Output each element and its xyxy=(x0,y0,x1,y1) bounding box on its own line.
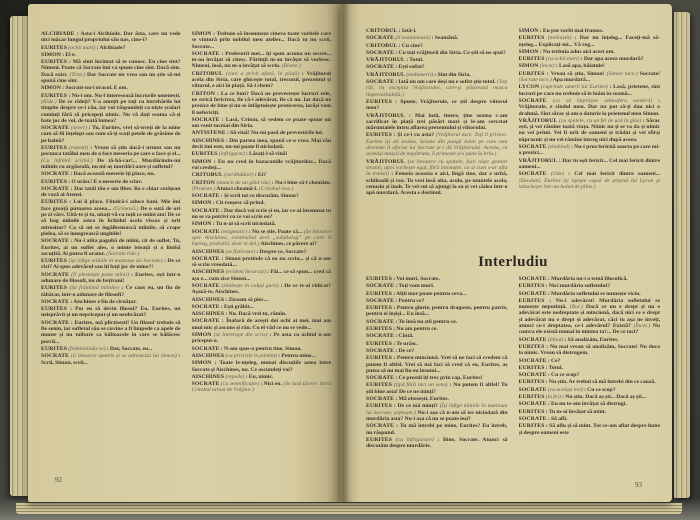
dialogue-line: SOCRATE : Mă obosești, Eurites. xyxy=(366,396,508,402)
speaker-name: VRĂJITORUL xyxy=(366,57,405,63)
dialogue-line: VRĂJITORUL (cu spatele, cu un fel de ură… xyxy=(519,118,661,143)
stage-direction: (se fîstîcește) xyxy=(225,249,255,255)
speaker-name: SOCRATE xyxy=(519,372,547,378)
dialogue-line: EURITES : De ce mă minți? (Își înfige mî… xyxy=(366,403,508,422)
dialogue-line: AISCHINES : Nu. Dacă vrei tu, rămîn. xyxy=(192,311,332,317)
stage-direction: (rîde) xyxy=(551,171,564,177)
stage-direction: (enigmatic) xyxy=(221,229,247,235)
speaker-name: SOCRATE xyxy=(519,401,547,407)
speaker-name: SOCRATE xyxy=(519,276,547,282)
speaker-name: SIMON xyxy=(192,31,212,37)
speaker-name: EURITES xyxy=(41,179,67,185)
dialogue-line: SIMON : Eu nu cred în bazaconiile vrăjit… xyxy=(192,159,332,172)
stage-direction: (cu privirile în pămînt) xyxy=(225,353,277,359)
speaker-name: EURITES xyxy=(519,283,545,289)
speech-text: : Vreau să știu, Simon! xyxy=(545,71,607,77)
speaker-name: SOCRATE xyxy=(366,333,394,339)
stage-direction: (frămîntîndu-se) xyxy=(68,346,105,352)
stage-direction: (Grimasă.) xyxy=(113,206,138,212)
speaker-name: EURITES xyxy=(366,305,392,311)
speech-text: : Pentru ce? xyxy=(394,298,424,304)
speech-text: : Ce? xyxy=(547,358,561,364)
dialogue-line: EURITES : Nu mai vreau să analizăm, Socr… xyxy=(519,344,661,357)
speech-text: : Dar apa aceea murdară? xyxy=(579,56,643,62)
dialogue-line: SOCRATE (rîde) : Cel mai fericit dintre … xyxy=(519,171,661,190)
dialogue-line: SOCRATE : Dar tatăl tău e om liber. Ba e… xyxy=(41,186,181,199)
speech-text: : Nu-i bine să-l chemăm. xyxy=(270,180,331,186)
speech-text: : Cu ce scop? xyxy=(583,387,616,393)
speech-text: : Sînt din Siria. xyxy=(433,72,471,78)
speaker-name: SOCRATE xyxy=(519,358,547,364)
speaker-name: SOCRATE xyxy=(192,229,220,235)
dialogue-line: EURITES : Nu-i adevărat! Murdăria suflet… xyxy=(519,298,661,336)
dialogue-line: ALCIBIADE : Asta-i Alcibiade. Dar ăsta, … xyxy=(41,31,181,44)
speaker-name: EURITES xyxy=(41,93,67,99)
speaker-name: EURITES xyxy=(41,258,67,264)
speaker-name: EURITES xyxy=(366,341,392,347)
speech-text: Socrate! xyxy=(638,71,660,77)
speech-text: : Nu se știe. Poate că... xyxy=(247,229,303,235)
speech-text: : Nu știu. Ar trebui să mă întrebi din c… xyxy=(545,379,656,385)
speech-text: : Socrate nu-i oracol. E om. xyxy=(61,85,128,91)
speech-text: : Nu trebuia adus aici acest om. xyxy=(539,49,615,55)
speech-text: : Lăsați-l să vină! xyxy=(245,151,288,157)
dialogue-line: EURITES (la fel) : Nu știu. Dacă aș ști.… xyxy=(519,394,661,400)
speaker-name: AISCHINES xyxy=(192,353,225,359)
dialogue-line: EURITES : Spune, Vrăjitorule, ce știi de… xyxy=(366,99,508,112)
speaker-name: EURITES xyxy=(519,409,545,415)
speech-text: : Murdăria nu-i o temă filosofică. xyxy=(547,276,628,282)
speech-text: Apa murdară... xyxy=(552,77,590,83)
dialogue-line: SOCRATE (îl plesnește peste mîini) : Eur… xyxy=(41,272,181,285)
speech-text: : Te urăsc. xyxy=(392,341,418,347)
speaker-name: SOCRATE xyxy=(519,144,547,150)
speaker-name: SIMON xyxy=(192,221,212,227)
speech-text: : Și scrii tot ce discutăm, Simon? xyxy=(220,193,299,199)
dialogue-line: CRITOBUL (care a privit afară, în piață)… xyxy=(192,71,332,90)
speech-text: : Și ce-i cu asta? xyxy=(392,132,436,138)
stage-direction: (își înfige mîinile în mantaua lui Socra… xyxy=(68,258,162,264)
speaker-name: SOCRATE xyxy=(519,416,547,422)
speech-text: : De ce mă minți? xyxy=(392,403,440,409)
speaker-name: EURITES xyxy=(366,276,392,282)
dialogue-line: SOCRATE : Toți vom muri. xyxy=(366,283,508,289)
dialogue-line: SOCRATE : De ce? xyxy=(366,348,508,354)
speaker-name: SOCRATE xyxy=(192,283,220,289)
stage-direction: (încet) xyxy=(540,63,555,69)
speaker-name: EURITES xyxy=(366,437,392,443)
speaker-name: EURITES xyxy=(41,59,67,65)
speech-text: : Aischines e fiu de cîrnățar. xyxy=(69,299,137,305)
speaker-name: SIMON xyxy=(41,52,61,58)
section-heading-interludiu: Interludiu xyxy=(366,254,660,270)
dialogue-line: EURITES : Și ce-i cu asta? (Vrăjitorul t… xyxy=(366,132,508,157)
speech-text: : Totul. xyxy=(405,57,423,63)
speech-text: : Murdăria sufletului se numește viciu. xyxy=(547,291,641,297)
stage-direction: (cu înfrigurare) xyxy=(396,437,434,443)
dialogue-line: EURITES : Pentru minciună. Vrei să ne fa… xyxy=(366,355,508,374)
speech-text: : Nu. Dacă vrei tu, rămîn. xyxy=(224,311,286,317)
dialogue-line: EURITES : Să aflu și să mint. Tot ce-am … xyxy=(519,423,661,436)
dialogue-line: SIMON (se întrerupe din scris) : Pe asta… xyxy=(192,332,332,345)
dialogue-line: VRĂJITORUL : Mai întîi, tinere, ține sea… xyxy=(366,113,508,132)
speech-text: : Nu știu. Dacă aș ști... Dacă aș ști... xyxy=(561,394,646,400)
page-stack-edge-left xyxy=(10,16,30,496)
page-stack-edge-bottom xyxy=(16,503,682,514)
right-page-scene-column-1: CRITOBUL : Iată-l.SOCRATE (îl examinează… xyxy=(366,28,508,248)
stage-direction: (repezit) xyxy=(69,145,88,151)
dialogue-line: SOCRATE : Cu ce scop? xyxy=(519,372,661,378)
left-page-column-1: ALCIBIADE : Asta-i Alcibiade. Dar ăsta, … xyxy=(41,31,181,463)
dialogue-line: SOCRATE : Ești sofist? xyxy=(366,64,508,70)
speaker-name: EURITES xyxy=(366,403,392,409)
speaker-name: EURITES xyxy=(519,56,545,62)
stage-direction: (cu spatele, cu un fel de ură în glas) xyxy=(559,118,641,124)
speech-text: : Cel mai fericit dintre oameni... xyxy=(564,171,660,177)
stage-direction: (îl examinează) xyxy=(395,35,430,41)
speech-text: : Cu cine? xyxy=(397,43,422,49)
dialogue-line: AISCHINES : Ziceam să plec... xyxy=(192,297,332,303)
speaker-name: SIMON xyxy=(41,85,61,91)
dialogue-line: EURITES (cu înfrigurare) : Bine, Socrate… xyxy=(366,437,508,450)
speaker-name: EURITES xyxy=(519,298,545,304)
speech-text: : Să analizăm, Eurites. xyxy=(563,337,618,343)
dialogue-line: EURITES (țipă fără nici un sens) : Nu pu… xyxy=(366,382,508,395)
speech-text: : Voi muri, Socrate. xyxy=(392,276,440,282)
dialogue-line: VRĂJITORUL (se întoarce cu spatele, face… xyxy=(366,159,508,197)
dialogue-line: SOCRATE : Tu însă nu știi pentru ce. xyxy=(366,319,508,325)
stage-direction: (neliniștit) xyxy=(548,35,572,41)
stage-direction: (cu același ton) xyxy=(548,387,583,393)
speaker-name: EURITES xyxy=(366,132,392,138)
stage-direction: (evident încurcat) xyxy=(225,269,265,275)
dialogue-line: SOCRATE : Lasă, Criton, să vedem ce poat… xyxy=(192,117,332,130)
dialogue-line: VRĂJITORUL : Totul. xyxy=(366,57,508,63)
dialogue-line: SIMON : Toate le-nțeleg, numai discuțiil… xyxy=(192,360,332,373)
speaker-name: ALCIBIADE xyxy=(41,31,75,37)
dialogue-line: AISCHINES (se fîstîcește) : Despre ce, S… xyxy=(192,249,332,255)
speaker-name: SOCRATE xyxy=(519,171,547,177)
dialogue-line: EURITES : Pentru glorie, pentru dragoste… xyxy=(366,305,508,318)
speech-text: : O urăsc! E o meserie de sclav. xyxy=(67,179,142,185)
speaker-name: SOCRATE xyxy=(366,348,394,354)
speaker-name: SOCRATE xyxy=(41,238,69,244)
speaker-name: AISCHINES xyxy=(192,311,225,317)
speaker-name: SOCRATE xyxy=(519,291,547,297)
speaker-name: SOCRATE xyxy=(519,98,547,104)
speech-text: : Pentru mine... xyxy=(277,353,316,359)
speech-text: De ce rîdeți? V-a amețit pe toți cu într… xyxy=(41,99,181,124)
stage-direction: (Rîsete.) xyxy=(282,63,301,69)
speech-text: : Alții mor poate pentru ceva... xyxy=(392,291,466,297)
stage-direction: (blînd) xyxy=(548,337,563,343)
speaker-name: EURITES xyxy=(41,145,67,151)
dialogue-line: SOCRATE : Eu nu te-am învățat să distrug… xyxy=(519,401,661,407)
speaker-name: SOCRATE xyxy=(192,318,220,324)
dialogue-line: SOCRATE (cu același ton) : Cu ce scop? xyxy=(519,387,661,393)
dialogue-line: CRITON : La ce bun? Dacă ne prevestește … xyxy=(192,91,332,116)
speaker-name: SIMON xyxy=(192,360,212,366)
speaker-name: AISCHINES xyxy=(192,374,225,380)
stage-direction: (Proteste.) xyxy=(192,186,216,192)
speech-text: : Să afli. xyxy=(547,416,568,422)
speaker-name: SOCRATE xyxy=(366,79,394,85)
speaker-name: SIMON xyxy=(519,28,539,34)
speaker-name: EURITES xyxy=(366,382,392,388)
speaker-name: SOCRATE xyxy=(192,51,220,57)
speaker-name: SOCRATE xyxy=(41,353,69,359)
dialogue-line: EURITES (cu ochii mari) : Dar apa aceea … xyxy=(519,56,661,62)
speaker-name: SOCRATE xyxy=(41,171,69,177)
stage-direction: (Socrate rîde.) xyxy=(106,251,139,257)
speaker-name: EURITES xyxy=(519,344,545,350)
speech-text: : Totul. xyxy=(545,365,563,371)
stage-direction: (cu ochii mari) xyxy=(546,56,580,62)
dialogue-line: VRĂJITORUL (nedumerit) : Sînt din Siria. xyxy=(366,72,508,78)
dialogue-line: SOCRATE (cu semnificație) : Nici eu. (Se… xyxy=(192,381,332,394)
speaker-name: SOCRATE xyxy=(41,186,69,192)
speaker-name: SOCRATE xyxy=(366,423,394,429)
stage-direction: (cuprinde umerii lui Eurites) xyxy=(541,84,608,90)
speaker-name: EURITES xyxy=(519,35,545,41)
speech-text: : Cît reușesc să prind. xyxy=(212,200,265,206)
speaker-name: SOCRATE xyxy=(192,304,220,310)
dialogue-line: SOCRATE : Dacă această meserie îți place… xyxy=(41,171,181,177)
stage-direction: (înfrigurat) xyxy=(219,151,245,157)
right-page-interlude-column-1: EURITES : Voi muri, Socrate.SOCRATE : To… xyxy=(366,276,508,462)
speaker-name: EURITES xyxy=(41,45,67,51)
speaker-name: SOCRATE xyxy=(192,117,220,123)
dialogue-line: SOCRATE : Profesorii mei... îți spun acu… xyxy=(192,51,332,70)
speaker-name: CRITON xyxy=(192,180,216,186)
speaker-name: SOCRATE xyxy=(366,35,394,41)
dialogue-line: SIMON (încet) : Lasă apa, băiatule! xyxy=(519,63,661,69)
dialogue-line: SOCRATE (blînd) : Să analizăm, Eurites. xyxy=(519,337,661,343)
speaker-name: EURITES xyxy=(519,365,545,371)
stage-direction: (repede) xyxy=(225,374,244,380)
speaker-name: EURITES xyxy=(519,71,545,77)
speech-text: : Nici murdăria sufletului? xyxy=(545,283,611,289)
speech-text: : Despre ce, Socrate? xyxy=(255,249,306,255)
speaker-name: LYCON xyxy=(519,84,540,90)
speaker-name: SOCRATE xyxy=(366,375,394,381)
speech-text: Atunci cheamă-l. xyxy=(215,186,258,192)
speaker-name: EURITES xyxy=(41,346,67,352)
dialogue-line: SOCRATE : N-am spus-o pentru tine, Simon… xyxy=(192,346,332,352)
stage-direction: (ochii mari) xyxy=(68,45,95,51)
stage-direction: (se întrerupe din scris) xyxy=(214,332,268,338)
stage-direction: (nedumerit) xyxy=(406,72,433,78)
speech-text: : Să vină! Nu-mi pasă de prevestirile lu… xyxy=(226,130,323,136)
dialogue-line: EURITES : O urăsc! E o meserie de sclav. xyxy=(41,179,181,185)
right-page-interlude-column-2: SOCRATE : Murdăria nu-i o temă filosofic… xyxy=(519,276,661,462)
page-number-left: 92 xyxy=(55,476,62,484)
stage-direction: (își frămîntă mîinile) xyxy=(69,285,118,291)
dialogue-line: LYCON (cuprinde umerii lui Eurites) : La… xyxy=(519,84,661,97)
stage-direction: (Deodată, Eurites își lipește capul de p… xyxy=(519,178,661,190)
stage-direction: (sever) xyxy=(71,125,87,131)
speaker-name: AISCHINES xyxy=(192,138,225,144)
dialogue-line: SOCRATE : Eurites, mă plictisești! Un fi… xyxy=(41,320,181,345)
dialogue-line: EURITES : Mă simt încîntat să te cunosc.… xyxy=(41,59,181,84)
speaker-name: VRĂJITORUL xyxy=(366,113,405,119)
stage-direction: (la fel) xyxy=(546,394,561,400)
dialogue-line: EURITES : Te urăsc. xyxy=(366,341,508,347)
dialogue-line: SOCRATE : Ce prostii îți trec prin cap, … xyxy=(366,375,508,381)
dialogue-line: EURITES : Tu m-ai învățat să mint. xyxy=(519,409,661,415)
speaker-name: SOCRATE xyxy=(366,50,394,56)
dialogue-line: SOCRATE : Cîntă. xyxy=(366,333,508,339)
speaker-name: SOCRATE xyxy=(192,346,220,352)
speaker-name: AISCHINES xyxy=(192,249,225,255)
speech-text: : Toți vom muri. xyxy=(394,283,434,289)
open-book: ALCIBIADE : Asta-i Alcibiade. Dar ăsta, … xyxy=(8,2,692,516)
speaker-name: EURITES xyxy=(519,423,545,429)
speaker-name: SOCRATE xyxy=(366,396,394,402)
dialogue-line: EURITES : Pot eu să devin filosof? Eu, E… xyxy=(41,306,181,319)
speaker-name: SOCRATE xyxy=(192,208,220,214)
dialogue-line: SOCRATE (enigmatic) : Nu se știe. Poate … xyxy=(192,229,332,248)
stage-direction: (Socrate tace.) xyxy=(519,77,552,83)
speaker-name: EURITES xyxy=(366,355,392,361)
speech-text: : Eu nu cred în bazaconiile vrăjitorilor… xyxy=(192,159,332,171)
dialogue-line: EURITES : Nu știu. Ar trebui să mă între… xyxy=(519,379,661,385)
stage-direction: (Trist.) xyxy=(69,72,85,78)
dialogue-line: EURITES : Nici murdăria sufletului? xyxy=(519,283,661,289)
speech-text: : Seamănă. xyxy=(430,35,458,41)
dialogue-line: SOCRATE (sever) : Tu, Eurites, vrei să-n… xyxy=(41,125,181,144)
dialogue-line: EURITES : Vreau să știu, Simon! (Simon t… xyxy=(519,71,661,84)
speech-text: : Dar, Socrate, eu... xyxy=(106,346,153,352)
speech-text: : Nici eu. xyxy=(259,381,283,387)
speaker-name: SOCRATE xyxy=(41,299,69,305)
dialogue-line: AISCHINES (evident încurcat) : Păi... ce… xyxy=(192,269,332,282)
speech-text: : Ești sofist? xyxy=(394,64,425,70)
dialogue-line: SOCRATE : Să afli. xyxy=(519,416,661,422)
dialogue-line: EURITES : Voi muri, Socrate. xyxy=(366,276,508,282)
speaker-name: EURITES xyxy=(192,151,218,157)
right-page-scene-column-2: SIMON : Eu pot vorbi mai frumos.EURITES … xyxy=(519,28,661,248)
speaker-name: SIMON xyxy=(192,200,212,206)
dialogue-line: CRITON (muncit de un gînd rău) : Nu-i bi… xyxy=(192,180,332,193)
speaker-name: SOCRATE xyxy=(41,125,69,131)
speech-text: : Alcibiade? xyxy=(95,45,125,51)
speech-text: : Trebuie să însemneze cineva toate vorb… xyxy=(192,31,332,50)
speech-text: : Ziceam să plec... xyxy=(224,297,268,303)
speaker-name: SIMON xyxy=(519,49,539,55)
stage-direction: (Cu infinită scîrbă.) xyxy=(41,158,93,164)
speaker-name: EURITES xyxy=(41,285,67,291)
dialogue-line: EURITES (frămîntîndu-se) : Dar, Socrate,… xyxy=(41,346,181,352)
dialogue-line: SOCRATE : Nu-i atîta pagubă de mîini, cî… xyxy=(41,238,181,257)
speaker-name: EURITES xyxy=(366,291,392,297)
dialogue-line: EURITES (înfrigurat) : Lăsați-l să vină! xyxy=(192,151,332,157)
dialogue-line: EURITES (își înfige mîinile în mantaua l… xyxy=(41,258,181,271)
speaker-name: SOCRATE xyxy=(519,387,547,393)
speaker-name: SOCRATE xyxy=(366,283,394,289)
dialogue-line: SOCRATE : Și scrii tot ce discutăm, Simo… xyxy=(192,193,332,199)
dialogue-line: SOCRATE : Cu toți vrăjitorii din Siria. … xyxy=(366,50,508,56)
speaker-name: EURITES xyxy=(519,394,545,400)
speaker-name: SOCRATE xyxy=(519,337,547,343)
dialogue-line: SIMON : El e. xyxy=(41,52,181,58)
speech-text: : Toate le-nțeleg, numai discuțiile aste… xyxy=(192,360,332,372)
speaker-name: SOCRATE xyxy=(366,319,394,325)
dialogue-line: SOCRATE : Aischines e fiu de cîrnățar. xyxy=(41,299,181,305)
speaker-name: VRĂJITORUL xyxy=(366,72,405,78)
speech-text: : Lasă apa, băiatule! xyxy=(555,63,605,69)
speaker-name: SIMON xyxy=(519,63,539,69)
dialogue-line: SOCRATE : Tu mă întrebi pe mine, Eurites… xyxy=(366,423,508,436)
stage-direction: (țipă fără nici un sens) xyxy=(394,382,448,388)
page-number-right: 93 xyxy=(635,481,642,489)
stage-direction: (Simon tace.) xyxy=(607,71,638,77)
stage-direction: (muncit de un gînd rău) xyxy=(216,180,270,186)
speech-text: : Iată un om care deși nu e sofist știe … xyxy=(394,79,497,85)
dialogue-line: SOCRATE : Dar dacă voi scrie și eu, iar … xyxy=(192,208,332,221)
dialogue-line: AISCHINES (repede) : Eu, nimic. xyxy=(192,374,332,380)
stage-direction: (care a privit afară, în piață) xyxy=(226,71,299,77)
speaker-name: CRITOBUL xyxy=(366,43,397,49)
dialogue-line: CRITOBUL (nerăbdător) : Ei? xyxy=(192,172,332,178)
speech-text: : Ce prostii îți trec prin cap, Eurites! xyxy=(394,375,482,381)
dialogue-line: CRITOBUL : Cu cine? xyxy=(366,43,508,49)
speaker-name: ANTISTENE xyxy=(192,130,226,136)
dialogue-line: SOCRATE : Ce? xyxy=(519,358,661,364)
speaker-name: AISCHINES xyxy=(192,269,225,275)
stage-direction: (Critobul iese.) xyxy=(259,186,294,192)
dialogue-line: EURITES (ochii mari) : Alcibiade? xyxy=(41,45,181,51)
speech-text: : Cu toți vrăjitorii din Siria. Ce știi … xyxy=(394,50,506,56)
dialogue-line: SIMON : Eu pot vorbi mai frumos. xyxy=(519,28,661,34)
dialogue-line: SOCRATE (ca să împrăștie atmosfera sumbr… xyxy=(519,98,661,117)
speaker-name: VRĂJITORUL xyxy=(519,158,558,164)
speaker-name: SIMON xyxy=(192,332,212,338)
speaker-name: SOCRATE xyxy=(366,64,394,70)
speaker-name: EURITES xyxy=(366,99,392,105)
dialogue-line: SIMON : Socrate nu-i oracol. E om. xyxy=(41,85,181,91)
speaker-name: SOCRATE xyxy=(41,272,69,278)
dialogue-line: EURITES (repezit) : Vreau să știu dacă-i… xyxy=(41,145,181,170)
speech-text: : Ești grăbit... xyxy=(220,304,254,310)
speaker-name: VRĂJITORUL xyxy=(519,118,558,124)
speaker-name: AISCHINES xyxy=(192,297,225,303)
speech-text: : Tu însă nu știi pentru ce. xyxy=(394,319,457,325)
speaker-name: CRITON xyxy=(192,91,216,97)
speech-text: : Eu pot vorbi mai frumos. xyxy=(539,28,604,34)
stage-direction: (îi întoarce spatele și se adresează lui… xyxy=(71,353,177,359)
dialogue-line: VRĂJITORUL : Dar tu ești fericit... Cel … xyxy=(519,158,661,171)
stage-direction: (nerăbdător) xyxy=(224,172,253,178)
speech-text: : Iată-l. xyxy=(397,28,416,34)
right-page: CRITOBUL : Iată-l.SOCRATE (îl examinează… xyxy=(340,4,672,502)
dialogue-line: SOCRATE (zîmbind) : Nu-i prea fericită s… xyxy=(519,144,661,157)
speaker-name: SOCRATE xyxy=(366,298,394,304)
stage-direction: (Rar.) xyxy=(570,304,583,310)
book-photo-background: ALCIBIADE : Asta-i Alcibiade. Dar ăsta, … xyxy=(0,0,700,520)
dialogue-line: AISCHINES (cu privirile în pămînt) : Pen… xyxy=(192,353,332,359)
speaker-name: SOCRATE xyxy=(192,193,220,199)
dialogue-line: SIMON : Nu trebuia adus aici acest om. xyxy=(519,49,661,55)
dialogue-line: EURITES : Nu-i om. Nu-l interesează lucr… xyxy=(41,93,181,124)
stage-direction: (ca să împrăștie atmosfera sumbră) xyxy=(553,98,652,104)
speech-text: : Eu, nimic. xyxy=(244,374,273,380)
stage-direction: (zîmbind) xyxy=(548,144,570,150)
left-page-column-2: SIMON : Trebuie să însemneze cineva toat… xyxy=(192,31,332,463)
speaker-name: CRITOBUL xyxy=(192,71,223,77)
dialogue-line: EURITES : Lui îi place. Fiindcă-i aduce … xyxy=(41,199,181,237)
speech-text: : Tu n-ai să scrii niciodată. xyxy=(212,221,276,227)
